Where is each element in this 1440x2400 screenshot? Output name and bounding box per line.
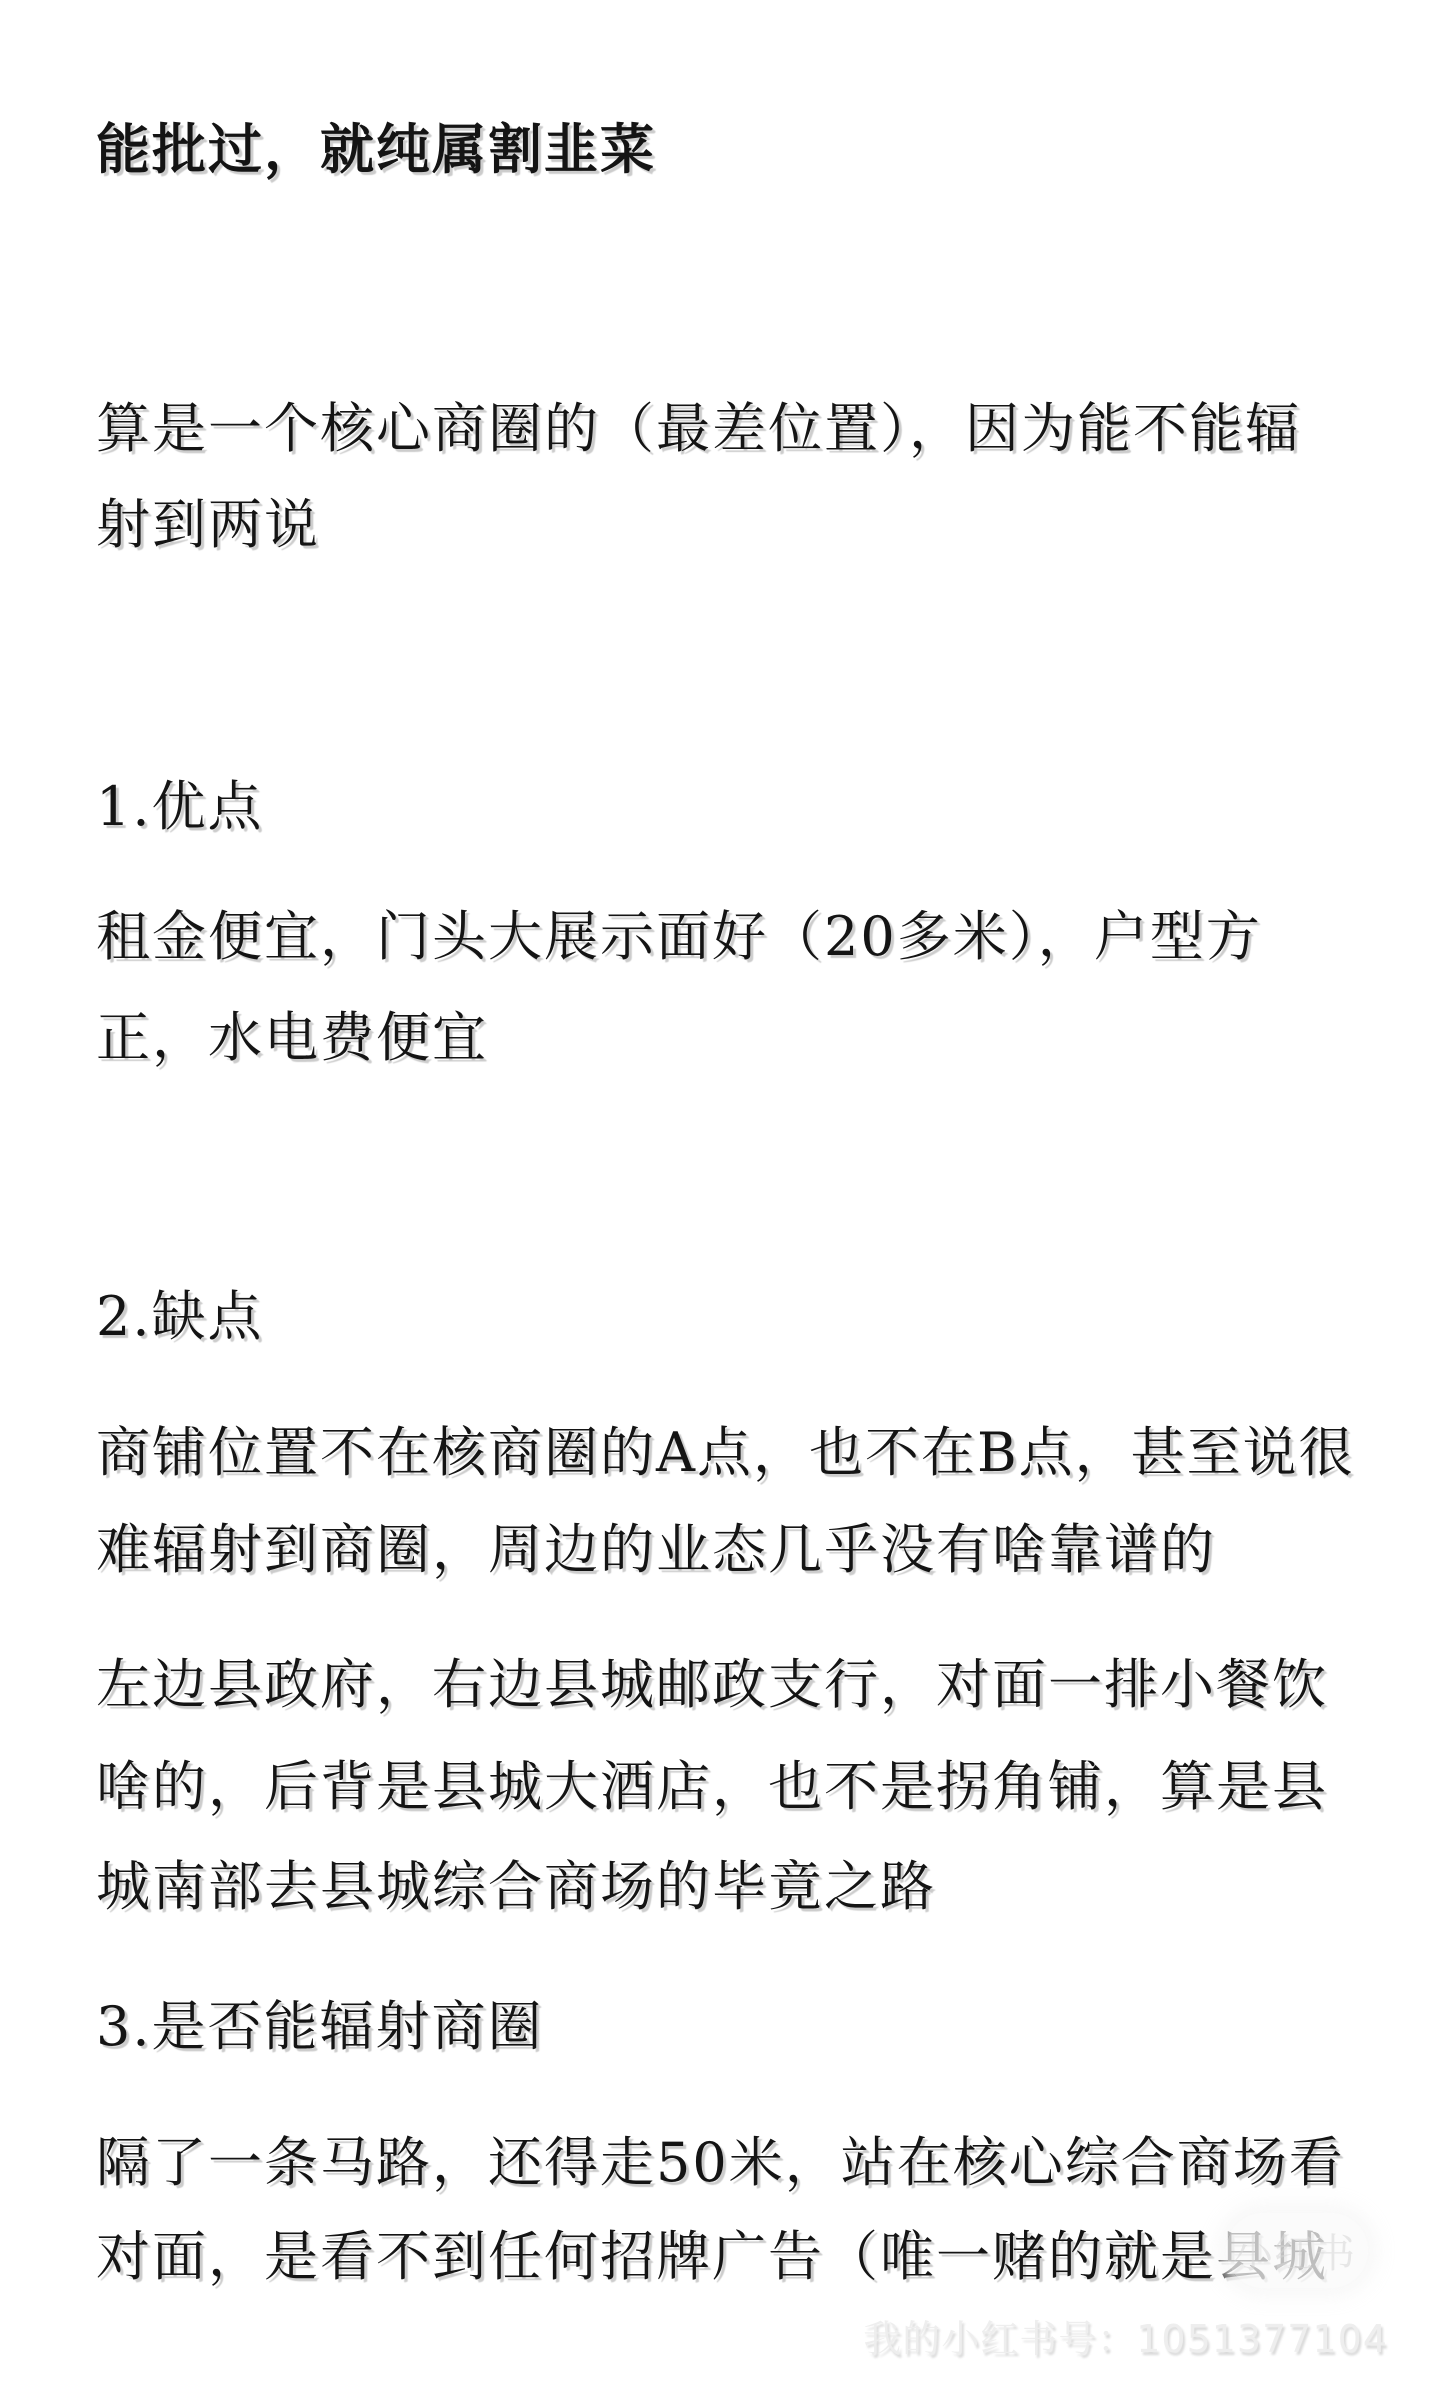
xiaohongshu-logo-text: 小红书: [1233, 2222, 1356, 2279]
paragraph-line: 左边县政府，右边县城邮政支行，对面一排小餐饮: [96, 1654, 1328, 1716]
paragraph-line: 租金便宜，门头大展示面好（20多米），户型方: [96, 906, 1262, 968]
section-heading-3: 3.是否能辐射商圈: [96, 1996, 544, 2058]
xiaohongshu-sticker: 小红书: [1226, 2213, 1368, 2288]
section-heading-2: 2.缺点: [96, 1286, 264, 1348]
paragraph-line: 射到两说: [96, 494, 320, 556]
paragraph-line: 对面，是看不到任何招牌广告（唯一赌的就是县城: [96, 2226, 1328, 2288]
section-heading-1: 1.优点: [96, 776, 264, 838]
paragraph-line: 商铺位置不在核商圈的A点，也不在B点，甚至说很: [96, 1422, 1355, 1484]
paragraph-line: 城南部去县城综合商场的毕竟之路: [96, 1856, 936, 1918]
paragraph-line: 啥的，后背是县城大酒店，也不是拐角铺，算是县: [96, 1756, 1328, 1818]
note-text-page: 能批过，就纯属割韭菜 算是一个核心商圈的（最差位置），因为能不能辐 射到两说 1…: [0, 0, 1440, 2400]
paragraph-line: 算是一个核心商圈的（最差位置），因为能不能辐: [96, 398, 1301, 460]
paragraph-line: 难辐射到商圈，周边的业态几乎没有啥靠谱的: [96, 1519, 1216, 1581]
paragraph-line: 隔了一条马路，还得走50米，站在核心综合商场看: [96, 2132, 1345, 2194]
title-line: 能批过，就纯属割韭菜: [96, 118, 656, 180]
watermark-account-id: 我的小红书号：1051377104: [863, 2308, 1388, 2363]
paragraph-line: 正，水电费便宜: [96, 1007, 488, 1069]
